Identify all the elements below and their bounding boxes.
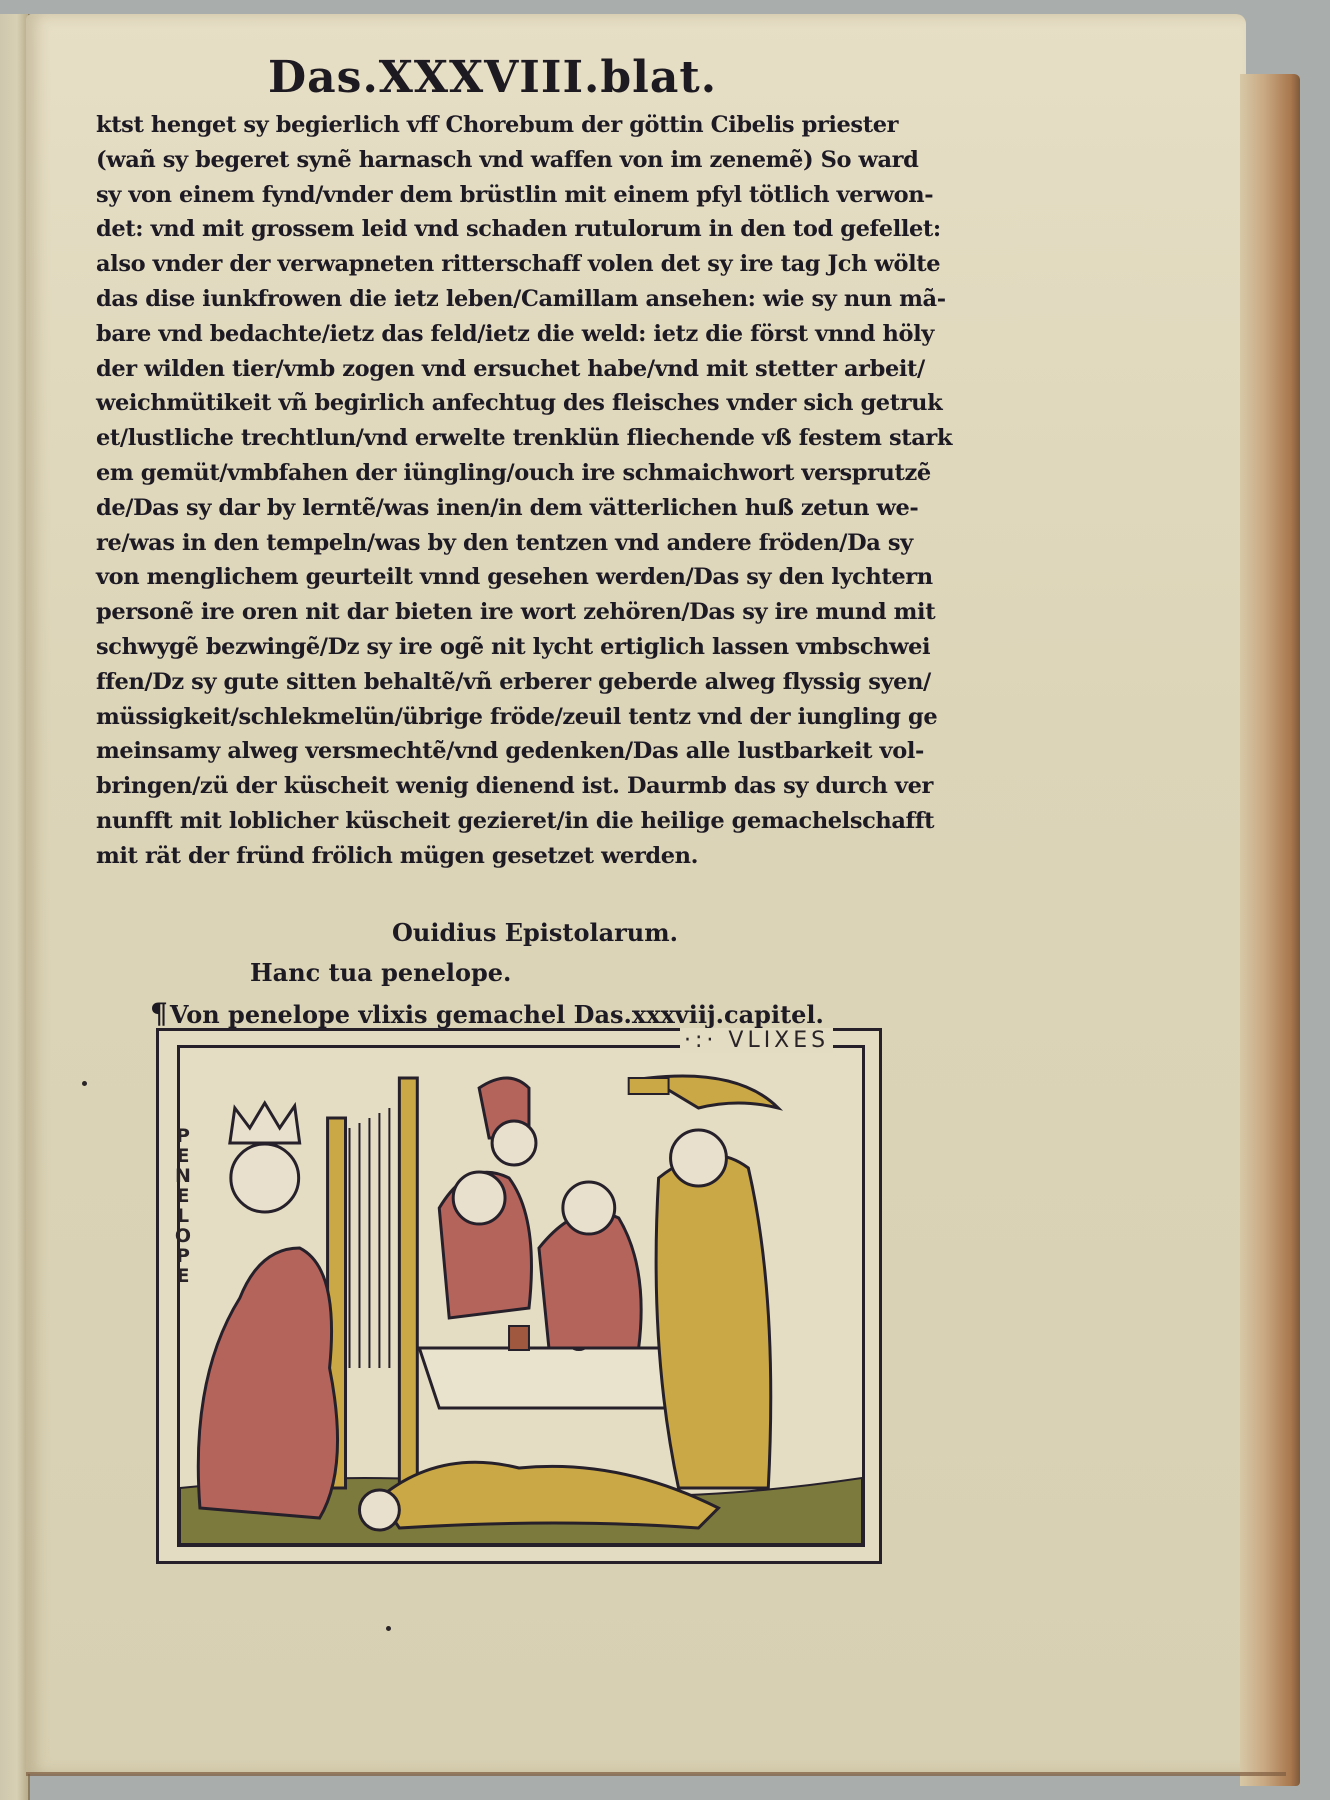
text-line: bringen/zü der küscheit wenig dienend is… bbox=[96, 769, 936, 804]
penelope-label: PENELOPE bbox=[172, 1125, 194, 1285]
source-heading: Ouidius Epistolarum. bbox=[392, 918, 678, 947]
ulixes-label: ·:· VLIXES bbox=[680, 1028, 833, 1053]
text-line: das dise iunkfrowen die ietz leben/Camil… bbox=[96, 282, 936, 317]
page-fore-edge bbox=[1240, 74, 1300, 1786]
text-line: ffen/Dz sy gute sitten behaltẽ/vñ erbere… bbox=[96, 665, 936, 700]
chapter-title-text: Von penelope vlixis gemachel Das.xxxviij… bbox=[170, 1000, 824, 1029]
woodcut-scene-icon bbox=[180, 1048, 862, 1544]
text-line: also vnder der verwapneten ritterschaff … bbox=[96, 247, 936, 282]
pilcrow-icon: ¶ bbox=[150, 997, 168, 1030]
text-line: weichmütikeit vñ begirlich anfechtug des… bbox=[96, 386, 936, 421]
text-line: mit rät der fründ frölich mügen gesetzet… bbox=[96, 839, 936, 874]
body-text: ktst henget sy begierlich vff Chorebum d… bbox=[96, 108, 936, 874]
woodcut-illustration bbox=[156, 1028, 882, 1564]
text-line: müssigkeit/schlekmelün/übrige fröde/zeui… bbox=[96, 700, 936, 735]
text-line: et/lustliche trechtlun/vnd erwelte trenk… bbox=[96, 421, 936, 456]
page-bottom-edge bbox=[26, 1772, 1286, 1776]
text-line: re/was in den tempeln/was by den tentzen… bbox=[96, 526, 936, 561]
text-line: personẽ ire oren nit dar bieten ire wort… bbox=[96, 595, 936, 630]
incipit-line: Hanc tua penelope. bbox=[250, 958, 511, 987]
ink-spot bbox=[386, 1626, 391, 1631]
text-line: det: vnd mit grossem leid vnd schaden ru… bbox=[96, 212, 936, 247]
text-line: ktst henget sy begierlich vff Chorebum d… bbox=[96, 108, 936, 143]
text-line: nunfft mit loblicher küscheit gezieret/i… bbox=[96, 804, 936, 839]
chapter-title: ¶Von penelope vlixis gemachel Das.xxxvii… bbox=[150, 997, 824, 1030]
text-line: schwygẽ bezwingẽ/Dz sy ire ogẽ nit lycht… bbox=[96, 630, 936, 665]
text-line: meinsamy alweg versmechtẽ/vnd gedenken/D… bbox=[96, 734, 936, 769]
ink-spot bbox=[82, 1081, 87, 1086]
text-line: der wilden tier/vmb zogen vnd ersuchet h… bbox=[96, 352, 936, 387]
text-line: bare vnd bedachte/ietz das feld/ietz die… bbox=[96, 317, 936, 352]
text-line: (wañ sy begeret synẽ harnasch vnd waffen… bbox=[96, 143, 936, 178]
woodcut-frame bbox=[177, 1045, 865, 1547]
text-line: von menglichem geurteilt vnnd gesehen we… bbox=[96, 560, 936, 595]
text-line: sy von einem fynd/vnder dem brüstlin mit… bbox=[96, 178, 936, 213]
folio-header: Das.XXXVIII.blat. bbox=[268, 52, 717, 103]
text-line: em gemüt/vmbfahen der iüngling/ouch ire … bbox=[96, 456, 936, 491]
text-line: de/Das sy dar by lerntẽ/was inen/in dem … bbox=[96, 491, 936, 526]
